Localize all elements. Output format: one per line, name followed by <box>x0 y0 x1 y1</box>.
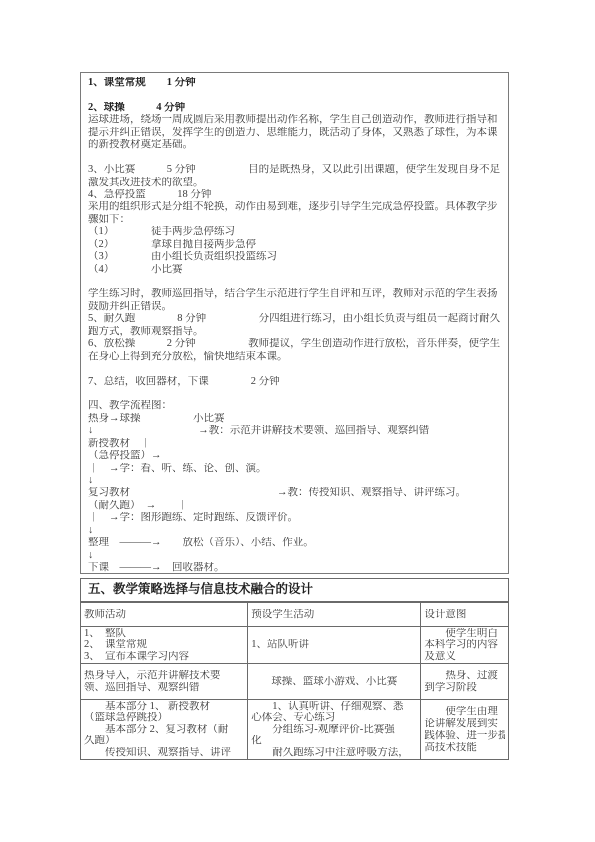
cell-line: 基本部分 1、 新授教材 <box>84 701 244 712</box>
table-header-design-intent: 设计意图 <box>420 603 508 626</box>
table-header-row: 教师活动 预设学生活动 设计意图 <box>81 603 508 626</box>
doc-line: （1） 徒手两步急停练习 <box>88 226 501 238</box>
doc-line: 复习教材 →教：传授知识、观察指导、讲评练习。 <box>88 487 501 499</box>
table-row: 热身导入，示范并讲解技术要领、巡回指导、观察纠错 球操、篮球小游戏、小比赛 热身… <box>81 663 508 699</box>
doc-line: 热身→球操 小比赛 <box>88 413 501 425</box>
cell-student-activity: 球操、篮球小游戏、小比赛 <box>247 664 420 699</box>
header-label: 教师活动 <box>84 609 244 621</box>
doc-line <box>88 388 501 400</box>
cell-teacher-activity: 1、 整队2、 课堂常规3、 宣布本课学习内容 <box>81 627 247 663</box>
cell-line: 及意义 <box>424 651 505 662</box>
cell-line: 热身导入，示范并讲解技术要 <box>84 670 244 682</box>
cell-design-intent: 使学生明白本科学习的内容及意义 <box>420 627 508 663</box>
doc-line: （急停投篮）→ <box>88 450 501 462</box>
cell-teacher-activity: 热身导入，示范并讲解技术要领、巡回指导、观察纠错 <box>81 664 247 699</box>
cell-line: （篮球急停跳投） <box>84 712 244 723</box>
cell-line: 使学生明白 <box>424 628 505 639</box>
doc-line: 新授教材 ｜ <box>88 438 501 450</box>
cell-line: 1、 整队 <box>84 628 244 639</box>
cell-line: 球操、篮球小游戏、小比赛 <box>251 676 417 688</box>
doc-line: 提示并纠正错误，发挥学生的创造力、思维能力，既活动了身体，又熟悉了球性，为本课 <box>88 127 501 139</box>
table-row: 1、 整队2、 课堂常规3、 宣布本课学习内容 1、站队听讲 使学生明白本科学习… <box>81 626 508 663</box>
cell-line: 心体会、专心练习 <box>251 712 417 723</box>
cell-line: 到学习阶段 <box>424 682 505 694</box>
doc-line: 的新授教材奠定基础。 <box>88 139 501 151</box>
doc-line: 骤如下： <box>88 214 501 226</box>
cell-student-activity: 1、站队听讲 <box>247 627 420 663</box>
doc-line <box>88 89 501 101</box>
doc-line: ↓ →教：示范并讲解技术要领、巡回指导、观察纠错 <box>88 425 501 437</box>
header-label: 设计意图 <box>424 609 505 621</box>
doc-line: 整理 ———→ 放松（音乐）、小结、作业。 <box>88 537 501 549</box>
cell-student-activity: 1、认真听讲、仔细观察、悉心体会、专心练习 分组练习-观摩评价-比赛强化 耐久跑… <box>247 700 420 759</box>
cell-teacher-activity: 基本部分 1、 新授教材（篮球急停跳投） 基本部分 2、复习教材（耐久跑） 传授… <box>81 700 247 759</box>
doc-line: 激发其改进技术的欲望。 <box>88 177 501 189</box>
doc-line: （2） 拿球自抛自接两步急停 <box>88 239 501 251</box>
cell-line: 热身、过渡 <box>424 670 505 682</box>
doc-line: 6、放松操 2 分钟 教师提议，学生创造动作进行放松，音乐伴奏，使学生 <box>88 338 501 350</box>
cell-line: 2、 课堂常规 <box>84 639 244 650</box>
table-header-teacher-activity: 教师活动 <box>81 603 247 626</box>
doc-line: 下课 ———→ 回收器材。 <box>88 562 501 574</box>
doc-line: ↓ <box>88 550 501 562</box>
doc-line: 7、总结，收回器材，下课 2 分钟 <box>88 376 501 388</box>
cell-line: 高技术技能 <box>424 742 505 754</box>
doc-line: ↓ <box>88 475 501 487</box>
cell-line: 化 <box>251 735 417 746</box>
doc-line: （3） 由小组长负责组织投篮练习 <box>88 251 501 263</box>
doc-line <box>88 363 501 375</box>
table-row: 基本部分 1、 新授教材（篮球急停跳投） 基本部分 2、复习教材（耐久跑） 传授… <box>81 699 508 759</box>
doc-line <box>88 152 501 164</box>
doc-line: （耐久跑） → ｜ <box>88 500 501 512</box>
cell-line: 耐久跑练习中注意呼吸方法， <box>251 747 417 758</box>
doc-line: ｜ →学：看、听、练、论、创、演。 <box>88 463 501 475</box>
cell-line: 本科学习的内容 <box>424 639 505 650</box>
doc-line: 4、急停投篮 18 分钟 <box>88 189 501 201</box>
doc-line: 四、教学流程图： <box>88 400 501 412</box>
doc-line: 鼓励并纠正错误。 <box>88 301 501 313</box>
cell-line: 3、 宣布本课学习内容 <box>84 651 244 662</box>
cell-line: 分组练习-观摩评价-比赛强 <box>251 724 417 735</box>
doc-line: ↓ <box>88 525 501 537</box>
doc-line: 2、球操 4 分钟 <box>88 102 501 114</box>
doc-line: 运球进场，绕场一周成圆后采用教师提出动作名称，学生自己创造动作，教师进行指导和 <box>88 114 501 126</box>
activity-table: 教师活动 预设学生活动 设计意图 1、 整队2、 课堂常规3、 宣布本课学习内容… <box>80 602 509 760</box>
cell-line: 1、站队听讲 <box>251 639 417 651</box>
doc-line: 学生练习时，教师巡回指导，结合学生示范进行学生自评和互评，教师对示范的学生表扬 <box>88 288 501 300</box>
doc-line: 采用的组织形式是分组不轮换，动作由易到难，逐步引导学生完成急停投篮。具体教学步 <box>88 201 501 213</box>
lesson-plan-page: 1、课堂常规 1 分钟 2、球操 4 分钟 运球进场，绕场一周成圆后采用教师提出… <box>0 0 595 842</box>
teaching-process-section: 1、课堂常规 1 分钟 2、球操 4 分钟 运球进场，绕场一周成圆后采用教师提出… <box>80 72 509 574</box>
cell-design-intent: 使学生由理论讲解发展到实践体验、进一步提高技术技能 <box>420 700 508 759</box>
cell-line: 使学生由理 <box>424 706 505 718</box>
cell-line: 领、巡回指导、观察纠错 <box>84 682 244 694</box>
doc-line: 1、课堂常规 1 分钟 <box>88 77 501 89</box>
doc-line: ｜ →学：图形跑练、定时跑练、反馈评价。 <box>88 512 501 524</box>
doc-line <box>88 276 501 288</box>
doc-line: 5、耐久跑 8 分钟 分四组进行练习，由小组长负责与组员一起商讨耐久 <box>88 313 501 325</box>
table-header-student-activity: 预设学生活动 <box>247 603 420 626</box>
doc-line: （4） 小比赛 <box>88 264 501 276</box>
cell-line: 久跑） <box>84 735 244 746</box>
cell-line: 1、认真听讲、仔细观察、悉 <box>251 701 417 712</box>
doc-line: 跑方式，教师观察指导。 <box>88 326 501 338</box>
cell-line: 基本部分 2、复习教材（耐 <box>84 724 244 735</box>
cell-design-intent: 热身、过渡到学习阶段 <box>420 664 508 699</box>
doc-line: 3、小比赛 5 分钟 目的是既热身，又以此引出课题，使学生发现自身不足， <box>88 164 501 176</box>
cell-line: 传授知识、观察指导、讲评 <box>84 747 244 758</box>
cell-line: 论讲解发展到实 <box>424 718 505 730</box>
strategy-section-title: 五、教学策略选择与信息技术融合的设计 <box>80 578 509 602</box>
doc-line: 在身心上得到充分放松，愉快地结束本课。 <box>88 351 501 363</box>
header-label: 预设学生活动 <box>251 609 417 621</box>
cell-line: 践体验、进一步提 <box>424 730 505 742</box>
